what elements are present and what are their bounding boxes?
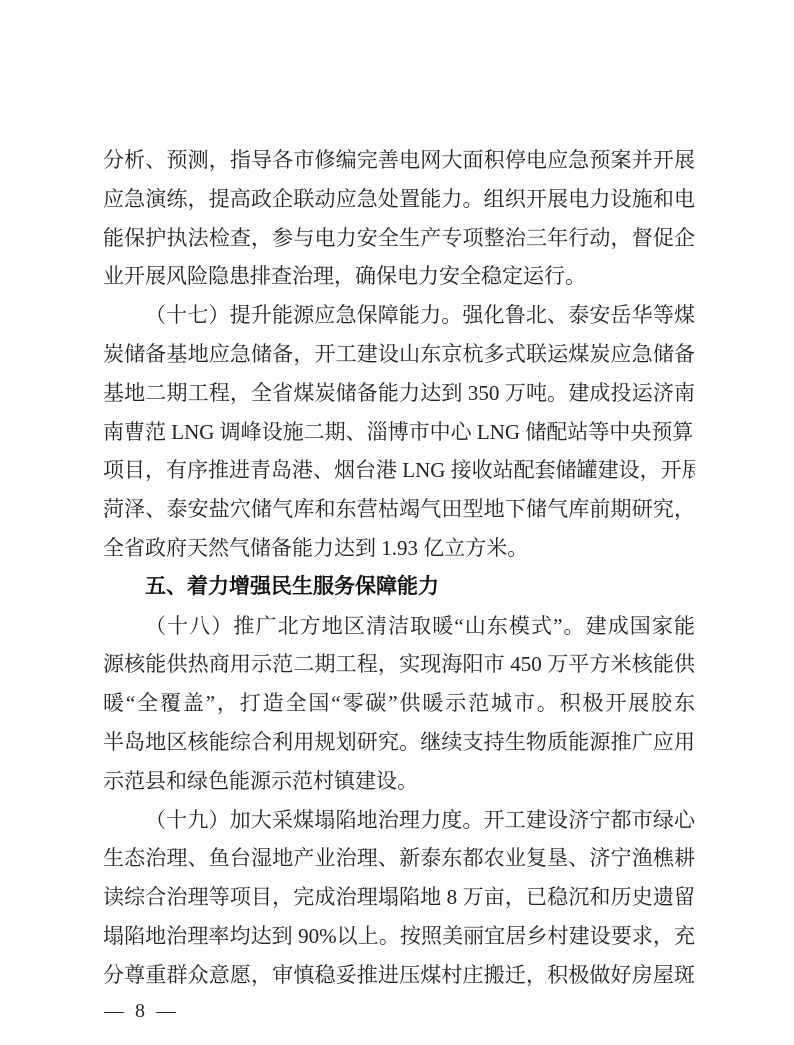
section-heading: 五、着力增强民生服务保障能力 xyxy=(103,568,695,607)
page-number: — 8 — xyxy=(104,997,179,1025)
text-line: 生态治理、鱼台湿地产业治理、新泰东都农业复垦、济宁渔樵耕 xyxy=(103,839,695,878)
text-line: 基地二期工程，全省煤炭储备能力达到 350 万吨。建成投运济南 xyxy=(103,374,695,413)
text-line: （十七）提升能源应急保障能力。强化鲁北、泰安岳华等煤 xyxy=(103,296,695,335)
text-line: 能保护执法检查，参与电力安全生产专项整治三年行动，督促企 xyxy=(103,219,695,258)
text-line: （十八）推广北方地区清洁取暖“山东模式”。建成国家能 xyxy=(103,607,695,646)
text-line: （十九）加大采煤塌陷地治理力度。开工建设济宁都市绿心 xyxy=(103,801,695,840)
text-line: 分尊重群众意愿，审慎稳妥推进压煤村庄搬迁，积极做好房屋斑 xyxy=(103,956,695,995)
text-line: 全省政府天然气储备能力达到 1.93 亿立方米。 xyxy=(103,529,695,568)
text-line: 半岛地区核能综合利用规划研究。继续支持生物质能源推广应用 xyxy=(103,723,695,762)
document-page: 分析、预测，指导各市修编完善电网大面积停电应急预案并开展应急演练，提高政企联动应… xyxy=(0,0,794,1045)
text-line: 应急演练，提高政企联动应急处置能力。组织开展电力设施和电 xyxy=(103,180,695,219)
text-line: 业开展风险隐患排查治理，确保电力安全稳定运行。 xyxy=(103,257,695,296)
text-line: 南曹范 LNG 调峰设施二期、淄博市中心 LNG 储配站等中央预算内 xyxy=(103,413,695,452)
text-line: 源核能供热商用示范二期工程，实现海阳市 450 万平方米核能供 xyxy=(103,645,695,684)
text-line: 读综合治理等项目，完成治理塌陷地 8 万亩，已稳沉和历史遗留 xyxy=(103,878,695,917)
text-line: 暖“全覆盖”，打造全国“零碳”供暖示范城市。积极开展胶东 xyxy=(103,684,695,723)
document-body: 分析、预测，指导各市修编完善电网大面积停电应急预案并开展应急演练，提高政企联动应… xyxy=(103,141,695,995)
text-line: 炭储备基地应急储备，开工建设山东京杭多式联运煤炭应急储备 xyxy=(103,335,695,374)
text-line: 塌陷地治理率均达到 90%以上。按照美丽宜居乡村建设要求，充 xyxy=(103,917,695,956)
text-line: 分析、预测，指导各市修编完善电网大面积停电应急预案并开展 xyxy=(103,141,695,180)
text-line: 项目，有序推进青岛港、烟台港 LNG 接收站配套储罐建设，开展 xyxy=(103,451,695,490)
text-line: 示范县和绿色能源示范村镇建设。 xyxy=(103,762,695,801)
text-line: 菏泽、泰安盐穴储气库和东营枯竭气田型地下储气库前期研究， xyxy=(103,490,695,529)
